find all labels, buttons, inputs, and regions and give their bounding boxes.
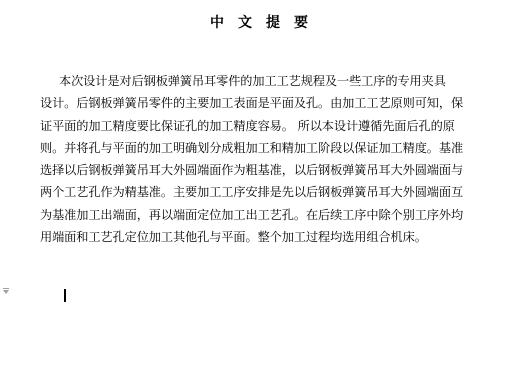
- paragraph-line: 两个工艺孔作为精基准。主要加工工序安排是先以后钢板弹簧吊耳大外圆端面互: [40, 183, 452, 205]
- paragraph-line: 设计。后钢板弹簧吊零件的主要加工表面是平面及孔。由加工工艺原则可知，保: [40, 94, 452, 116]
- paragraph-line: 则。并将孔与平面的加工明确划分成粗加工和精加工阶段以保证加工精度。基准: [40, 139, 452, 161]
- paragraph-line: 证平面的加工精度要比保证孔的加工精度容易。 所以本设计遵循先面后孔的原: [40, 117, 452, 139]
- paragraph-line: 选择以后钢板弹簧吊耳大外圆端面作为粗基准，以后钢板弹簧吊耳大外圆端面与: [40, 161, 452, 183]
- document-title: 中文提要: [0, 12, 518, 32]
- paragraph-line: 本次设计是对后钢板弹簧吊耳零件的加工工艺规程及一些工序的专用夹具: [40, 72, 452, 94]
- paragraph-marker-icon: [3, 290, 9, 294]
- paragraph-line: 为基准加工出端面，再以端面定位加工出工艺孔。在后续工序中除个别工序外均: [40, 206, 452, 228]
- abstract-paragraph[interactable]: 本次设计是对后钢板弹簧吊耳零件的加工工艺规程及一些工序的专用夹具 设计。后钢板弹…: [40, 72, 452, 250]
- text-cursor: [64, 289, 66, 302]
- paragraph-line: 用端面和工艺孔定位加工其他孔与平面。整个加工过程均选用组合机床。: [40, 228, 452, 250]
